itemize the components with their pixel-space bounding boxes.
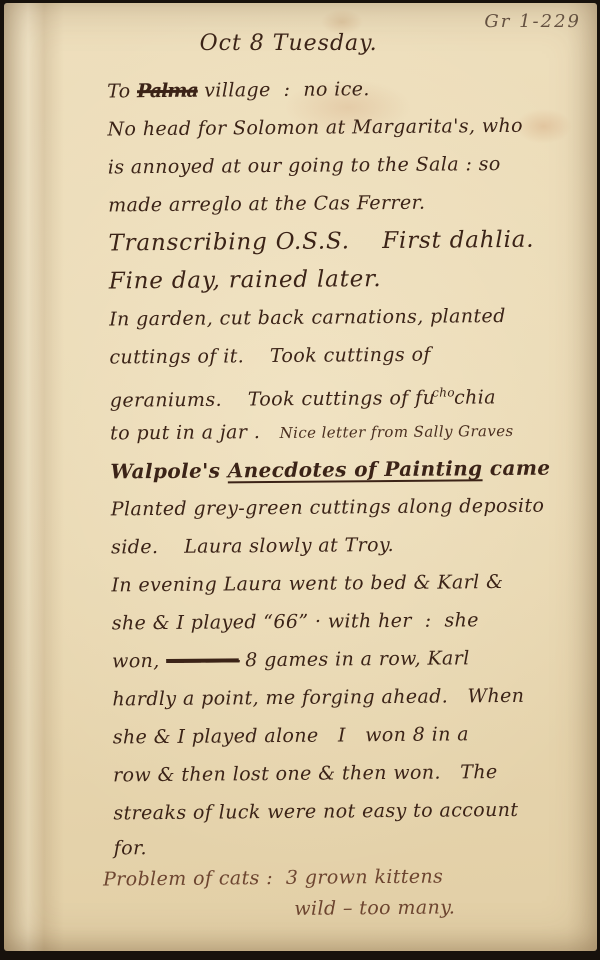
handwritten-line: No head for Solomon at Margarita's, who xyxy=(4,108,597,151)
handwritten-line: won, —— —— 8 games in a row, Karl xyxy=(9,640,600,683)
handwritten-line: side. Laura slowly at Troy. xyxy=(8,526,600,569)
handwritten-line: streaks of luck were not easy to account xyxy=(10,792,600,835)
handwritten-line: made arreglo at the Cas Ferrer. xyxy=(5,184,598,227)
handwritten-line: In garden, cut back carnations, planted xyxy=(6,298,599,341)
handwritten-line: hardly a point, me forging ahead. When xyxy=(9,678,600,721)
handwritten-line: to put in a jar . Nice letter from Sally… xyxy=(7,412,600,455)
entry-date-heading: Oct 8 Tuesday. xyxy=(4,31,573,56)
handwritten-line: wild – too many. xyxy=(11,892,600,928)
handwritten-line: row & then lost one & then won. The xyxy=(10,754,600,797)
handwritten-line: she & I played “66” · with her : she xyxy=(9,602,600,645)
diary-lines: To Palma village : no ice.No head for So… xyxy=(4,70,600,928)
handwritten-line: is annoyed at our going to the Sala : so xyxy=(5,146,598,189)
handwritten-line: Transcribing O.S.S. First dahlia. xyxy=(5,222,598,265)
handwritten-line: cuttings of it. Took cuttings of xyxy=(6,336,599,379)
handwritten-line: geraniums. Took cuttings of fuchochia xyxy=(7,374,600,417)
manuscript-page: Gr 1-229 Oct 8 Tuesday. To Palma village… xyxy=(4,3,597,951)
handwritten-line: Problem of cats : 3 grown kittens xyxy=(11,861,600,897)
handwritten-line: Walpole's Anecdotes of Painting came xyxy=(7,450,600,493)
handwritten-line: for. xyxy=(11,830,600,866)
handwritten-line: To Palma village : no ice. xyxy=(4,70,597,113)
handwritten-line: she & I played alone I won 8 in a xyxy=(10,716,600,759)
archive-mark: Gr 1-229 xyxy=(484,11,581,32)
handwritten-line: In evening Laura went to bed & Karl & xyxy=(8,564,600,607)
handwritten-line: Fine day, rained later. xyxy=(6,260,599,303)
handwritten-line: Planted grey-green cuttings along deposi… xyxy=(8,488,600,531)
